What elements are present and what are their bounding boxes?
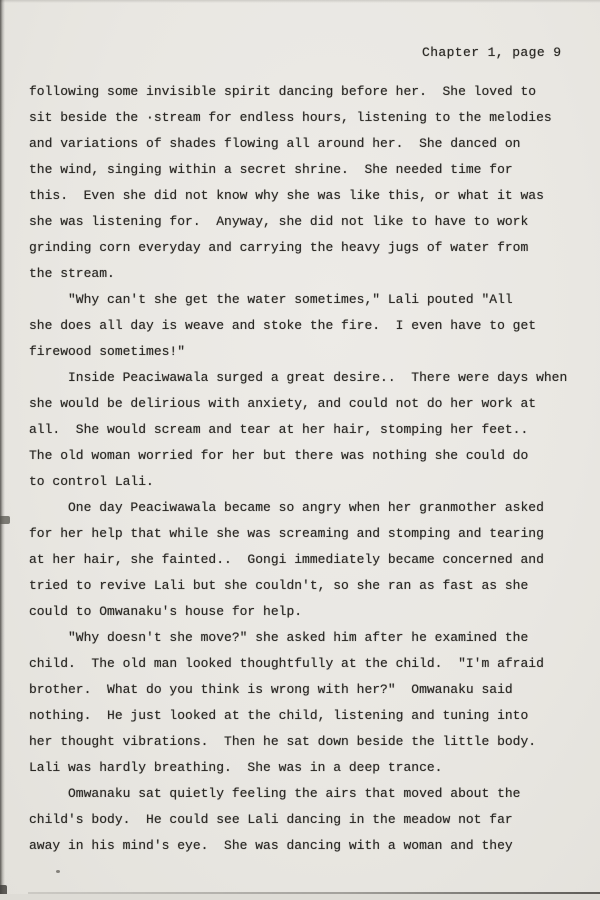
text-line: sit beside the ·stream for endless hours… [29, 105, 567, 131]
text-line: at her hair, she fainted.. Gongi immedia… [29, 547, 567, 573]
text-line: grinding corn everyday and carrying the … [29, 235, 567, 261]
text-line: Omwanaku sat quietly feeling the airs th… [29, 781, 567, 807]
text-line: she would be delirious with anxiety, and… [29, 391, 567, 417]
text-line: and variations of shades flowing all aro… [29, 131, 567, 157]
text-line: Inside Peaciwawala surged a great desire… [29, 365, 567, 391]
text-line: this. Even she did not know why she was … [29, 183, 567, 209]
text-line: the wind, singing within a secret shrine… [29, 157, 567, 183]
scan-band-bottom [0, 894, 600, 900]
text-line: all. She would scream and tear at her ha… [29, 417, 567, 443]
text-line: away in his mind's eye. She was dancing … [29, 833, 567, 859]
text-line: brother. What do you think is wrong with… [29, 677, 567, 703]
text-line: child's body. He could see Lali dancing … [29, 807, 567, 833]
text-line: child. The old man looked thoughtfully a… [29, 651, 567, 677]
text-line: the stream. [29, 261, 567, 287]
paper-speck [56, 870, 60, 873]
text-line: One day Peaciwawala became so angry when… [29, 495, 567, 521]
scanned-page: Chapter 1, page 9 following some invisib… [0, 0, 600, 900]
text-line: following some invisible spirit dancing … [29, 79, 567, 105]
text-line: for her help that while she was screamin… [29, 521, 567, 547]
text-line: "Why can't she get the water sometimes,"… [29, 287, 567, 313]
scan-edge-left [0, 0, 5, 900]
text-line: nothing. He just looked at the child, li… [29, 703, 567, 729]
text-line: "Why doesn't she move?" she asked him af… [29, 625, 567, 651]
page-header: Chapter 1, page 9 [422, 45, 561, 60]
text-line: could to Omwanaku's house for help. [29, 599, 567, 625]
text-line: she does all day is weave and stoke the … [29, 313, 567, 339]
text-line: her thought vibrations. Then he sat down… [29, 729, 567, 755]
text-line: she was listening for. Anyway, she did n… [29, 209, 567, 235]
scan-edge-top [0, 0, 600, 3]
text-line: to control Lali. [29, 469, 567, 495]
page-body-text: following some invisible spirit dancing … [29, 79, 567, 859]
text-line: Lali was hardly breathing. She was in a … [29, 755, 567, 781]
text-line: tried to revive Lali but she couldn't, s… [29, 573, 567, 599]
text-line: firewood sometimes!" [29, 339, 567, 365]
scan-smudge-left-middle [0, 516, 10, 524]
text-line: The old woman worried for her but there … [29, 443, 567, 469]
